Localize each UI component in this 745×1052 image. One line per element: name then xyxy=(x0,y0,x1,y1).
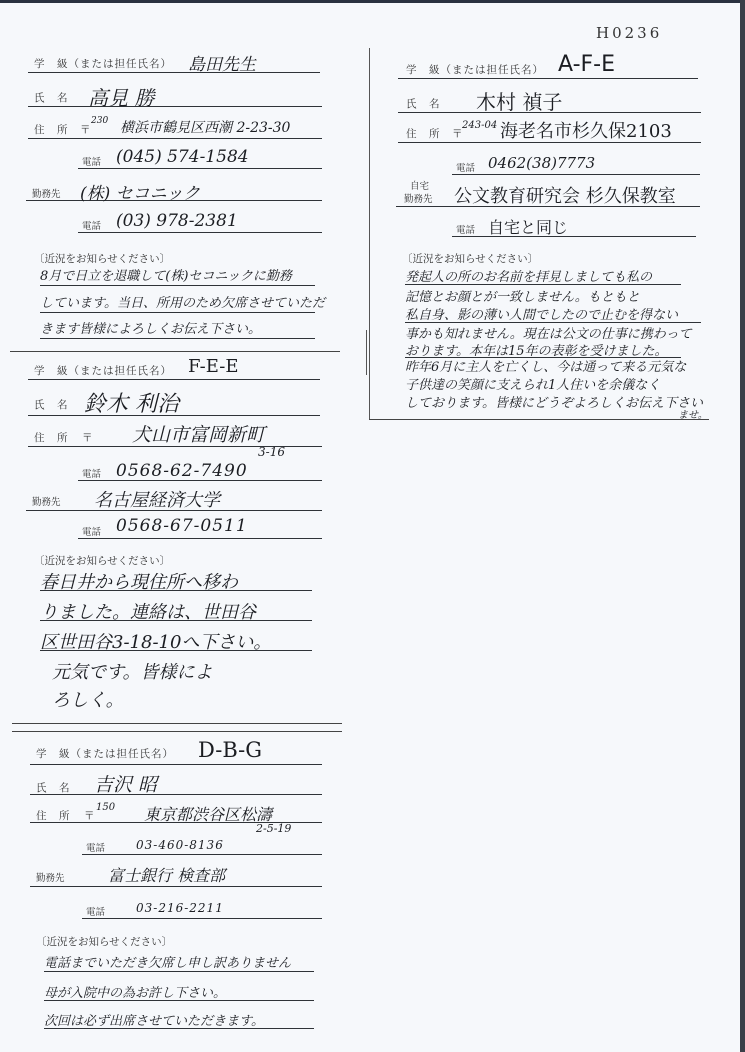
note-line: しています。当日、所用のため欠席させていただ xyxy=(40,292,315,313)
notes-header: 〔近況をお知らせください〕 xyxy=(402,251,538,266)
note-line: ろしく。 xyxy=(52,686,124,712)
workplace-row: 勤務先 名古屋経済大学 xyxy=(26,484,322,511)
note-line: しております。皆様にどうぞよろしくお伝え下さい xyxy=(405,392,703,411)
phone-label: 電話 xyxy=(82,466,101,480)
name-row: 氏 名 木村 禎子 xyxy=(398,86,701,113)
class-label: 学 級（または担任氏名） xyxy=(406,62,544,77)
work-phone-row: 電話 (03) 978-2381 xyxy=(78,208,322,233)
name-label: 氏 名 xyxy=(406,96,441,111)
work-phone-row: 電話 自宅と同じ xyxy=(452,214,696,237)
workplace-label: 勤務先 xyxy=(32,186,61,200)
address-value: 東京都渋谷区松濤 xyxy=(144,802,272,825)
address-row: 住 所 〒 243-04 海老名市杉久保2103 xyxy=(398,116,701,143)
note-line: ませ。 xyxy=(678,406,708,421)
phone-value: 03-460-8136 xyxy=(136,838,224,852)
notes-header: 〔近況をお知らせください〕 xyxy=(34,553,170,568)
note-line: 8月で日立を退職して(株)セコニックに勤務 xyxy=(40,265,315,286)
name-row: 氏 名 高見 勝 xyxy=(28,80,322,107)
postal-code: 243-04 xyxy=(462,120,497,131)
phone-row: 電話 03-460-8136 xyxy=(82,832,322,855)
note-line: 電話までいただき欠席し申し訳ありません xyxy=(44,952,314,972)
class-label: 学 級（または担任氏名） xyxy=(34,363,172,378)
name-value: 木村 禎子 xyxy=(476,86,562,115)
class-value: F-E-E xyxy=(188,356,238,377)
workplace-row: 自宅 勤務先 公文教育研究会 杉久保教室 xyxy=(396,180,700,207)
class-value: A-F-E xyxy=(558,52,615,77)
address-label: 住 所 xyxy=(34,122,69,137)
work-phone-value: 0568-67-0511 xyxy=(116,516,248,536)
scan-top-edge xyxy=(0,0,745,3)
phone-value: (045) 574-1584 xyxy=(116,147,249,167)
workplace-row: 勤務先 富士銀行 検査部 xyxy=(30,860,322,887)
workplace-value: 名古屋経済大学 xyxy=(94,486,220,512)
note-line: 元気です。皆様によ xyxy=(52,658,213,684)
workplace-value: 富士銀行 検査部 xyxy=(108,863,225,886)
name-value: 高見 勝 xyxy=(88,82,154,111)
phone-label: 電話 xyxy=(82,154,101,168)
workplace-label: 勤務先 xyxy=(404,191,433,205)
home-label: 自宅 xyxy=(410,178,429,192)
section-divider xyxy=(10,351,340,352)
workplace-label: 勤務先 xyxy=(36,870,65,884)
note-line: りました。連絡は、世田谷 xyxy=(40,598,312,621)
note-line: 春日井から現住所へ移わ xyxy=(40,568,312,591)
work-phone-value: 03-216-2211 xyxy=(136,901,224,915)
class-row: 学 級（または担任氏名） F-E-E xyxy=(28,355,320,380)
scan-right-edge xyxy=(740,0,745,1052)
address-value: 横浜市鶴見区西潮 2-23-30 xyxy=(120,117,290,137)
postal-code: 150 xyxy=(96,802,115,813)
class-label: 学 級（または担任氏名） xyxy=(34,56,172,71)
address-row: 住 所 〒 230 横浜市鶴見区西潮 2-23-30 xyxy=(28,114,322,139)
address-value: 海老名市杉久保2103 xyxy=(500,117,672,143)
work-phone-label: 電話 xyxy=(456,222,475,236)
note-line: 区世田谷3-18-10へ下さい。 xyxy=(40,628,312,651)
phone-row: 電話 0568-62-7490 xyxy=(78,458,322,481)
class-row: 学 級（または担任氏名） D-B-G xyxy=(30,738,322,765)
workplace-value: (株) セコニック xyxy=(80,179,200,204)
address-label: 住 所 xyxy=(406,126,441,141)
name-row: 氏 名 鈴木 利治 xyxy=(28,385,320,416)
note-line: 記憶とお顔とが一致しません。もともと xyxy=(405,286,640,305)
phone-row: 電話 0462(38)7773 xyxy=(452,152,700,175)
postal-mark: 〒 xyxy=(84,808,96,823)
section-divider xyxy=(12,731,342,732)
card-right-border xyxy=(366,330,367,375)
address-label: 住 所 xyxy=(34,430,69,445)
work-phone-row: 電話 03-216-2211 xyxy=(82,896,322,919)
document-id: H0236 xyxy=(596,24,662,42)
address-row: 住 所 〒 150 東京都渋谷区松濤 xyxy=(30,800,322,823)
name-label: 氏 名 xyxy=(34,397,69,412)
work-phone-row: 電話 0568-67-0511 xyxy=(78,514,322,539)
postal-mark: 〒 xyxy=(82,430,94,445)
note-line: 次回は必ず出席させていただきます。 xyxy=(44,1010,314,1029)
work-phone-label: 電話 xyxy=(82,218,101,232)
phone-value: 0462(38)7773 xyxy=(488,154,595,172)
work-phone-label: 電話 xyxy=(82,524,101,538)
note-line: 子供達の笑顔に支えられ1人住いを余儀なく xyxy=(405,374,660,393)
notes-header: 〔近況をお知らせください〕 xyxy=(36,934,172,949)
note-line: きます皆様によろしくお伝え下さい。 xyxy=(40,318,315,339)
class-row: 学 級（または担任氏名） A-F-E xyxy=(398,52,698,79)
note-line: 発起人の所のお名前を拝見しましても私の xyxy=(405,266,681,285)
name-label: 氏 名 xyxy=(36,780,71,795)
name-value: 吉沢 昭 xyxy=(94,770,157,797)
name-value: 鈴木 利治 xyxy=(84,387,179,418)
work-phone-label: 電話 xyxy=(86,904,105,918)
phone-label: 電話 xyxy=(86,840,105,854)
address-row: 住 所 〒 犬山市富岡新町 xyxy=(28,420,322,447)
section-divider xyxy=(12,723,342,724)
workplace-row: 勤務先 (株) セコニック xyxy=(26,176,322,201)
postal-code: 230 xyxy=(91,116,108,126)
notes-header: 〔近況をお知らせください〕 xyxy=(34,251,170,266)
workplace-label: 勤務先 xyxy=(32,494,61,508)
name-row: 氏 名 吉沢 昭 xyxy=(30,770,322,795)
phone-label: 電話 xyxy=(456,160,475,174)
address-continued: 3-16 xyxy=(258,445,285,459)
address-label: 住 所 xyxy=(36,808,71,823)
note-line: 私自身、影の薄い人間でしたので止むを得ない xyxy=(405,304,701,323)
address-value: 犬山市富岡新町 xyxy=(132,420,265,447)
card-left-border xyxy=(369,48,370,420)
phone-row: 電話 (045) 574-1584 xyxy=(78,144,322,169)
work-phone-value: (03) 978-2381 xyxy=(116,211,238,231)
class-label: 学 級（または担任氏名） xyxy=(36,746,174,761)
card-bottom-border xyxy=(369,419,709,420)
note-line: 昨年6月に主人を亡くし、今は通って来る元気な xyxy=(405,356,686,375)
phone-value: 0568-62-7490 xyxy=(116,461,248,481)
class-row: 学 級（または担任氏名） 島田先生 xyxy=(28,50,320,73)
name-label: 氏 名 xyxy=(34,90,69,105)
class-value: 島田先生 xyxy=(188,50,256,75)
class-value: D-B-G xyxy=(198,738,262,762)
work-phone-value: 自宅と同じ xyxy=(488,215,568,238)
note-line: 母が入院中の為お許し下さい。 xyxy=(44,982,314,1001)
workplace-value: 公文教育研究会 杉久保教室 xyxy=(454,182,676,208)
postal-mark: 〒 xyxy=(80,122,92,137)
